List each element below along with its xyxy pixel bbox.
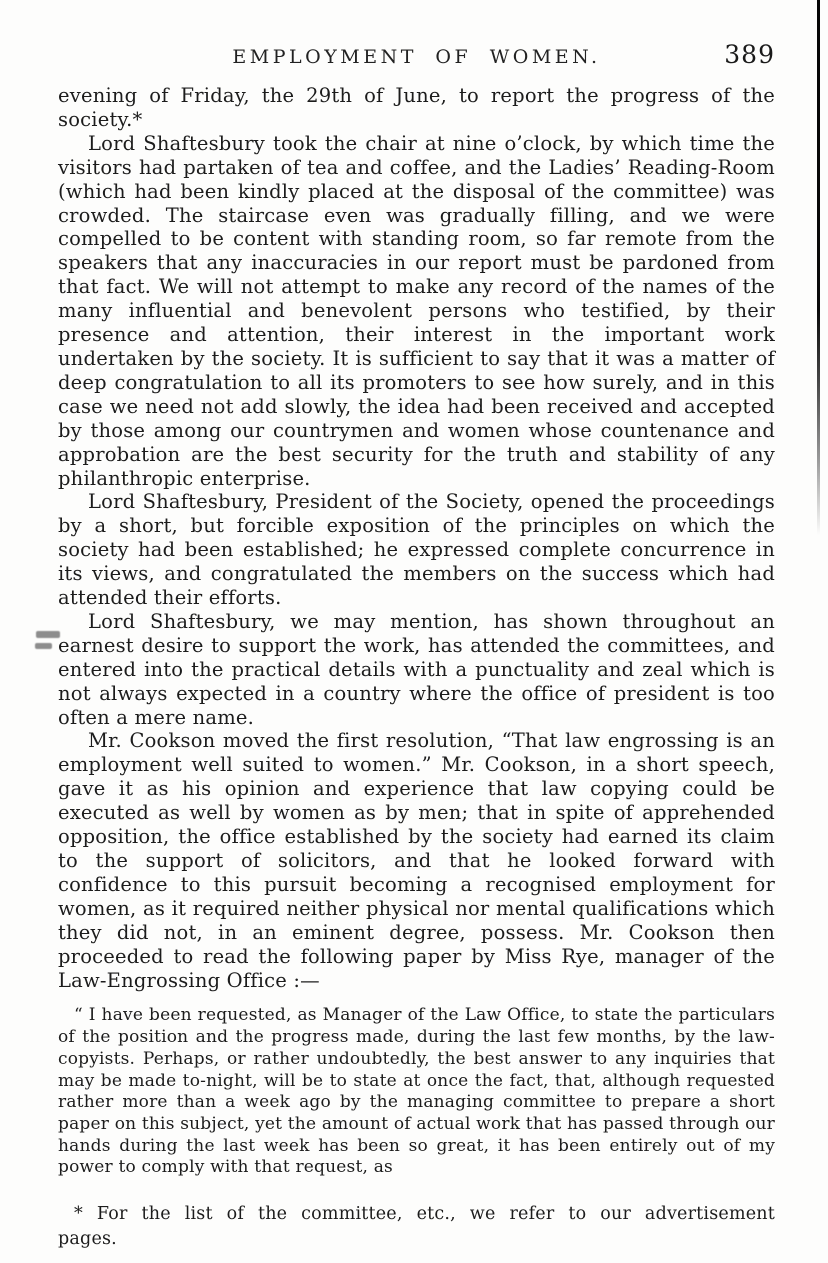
page-body: evening of Friday, the 29th of June, to …: [58, 84, 775, 1251]
scan-edge-line: [817, 0, 820, 535]
footnote-line-1: * For the list of the committee, etc., w…: [58, 1202, 775, 1227]
body-paragraph-cookson-resolution: Mr. Cookson moved the first resolution, …: [58, 729, 775, 992]
body-paragraph-shaftesbury-chair: Lord Shaftesbury took the chair at nine …: [58, 132, 775, 491]
ink-smudge-blob: [35, 643, 52, 649]
footnote: * For the list of the committee, etc., w…: [58, 1202, 775, 1251]
body-paragraph-shaftesbury-mention: Lord Shaftesbury, we may mention, has sh…: [58, 610, 775, 730]
body-paragraph-shaftesbury-president: Lord Shaftesbury, President of the Socie…: [58, 490, 775, 610]
document-page: EMPLOYMENT OF WOMEN. 389 evening of Frid…: [0, 0, 828, 1263]
quoted-paper-paragraph: “ I have been requested, as Manager of t…: [58, 1005, 775, 1179]
ink-smudge-blob: [36, 631, 60, 638]
page-header: EMPLOYMENT OF WOMEN. 389: [58, 46, 775, 80]
body-paragraph-continuation: evening of Friday, the 29th of June, to …: [58, 84, 775, 132]
page-number: 389: [724, 40, 775, 69]
footnote-line-2: pages.: [58, 1227, 775, 1252]
running-title: EMPLOYMENT OF WOMEN.: [58, 46, 775, 68]
